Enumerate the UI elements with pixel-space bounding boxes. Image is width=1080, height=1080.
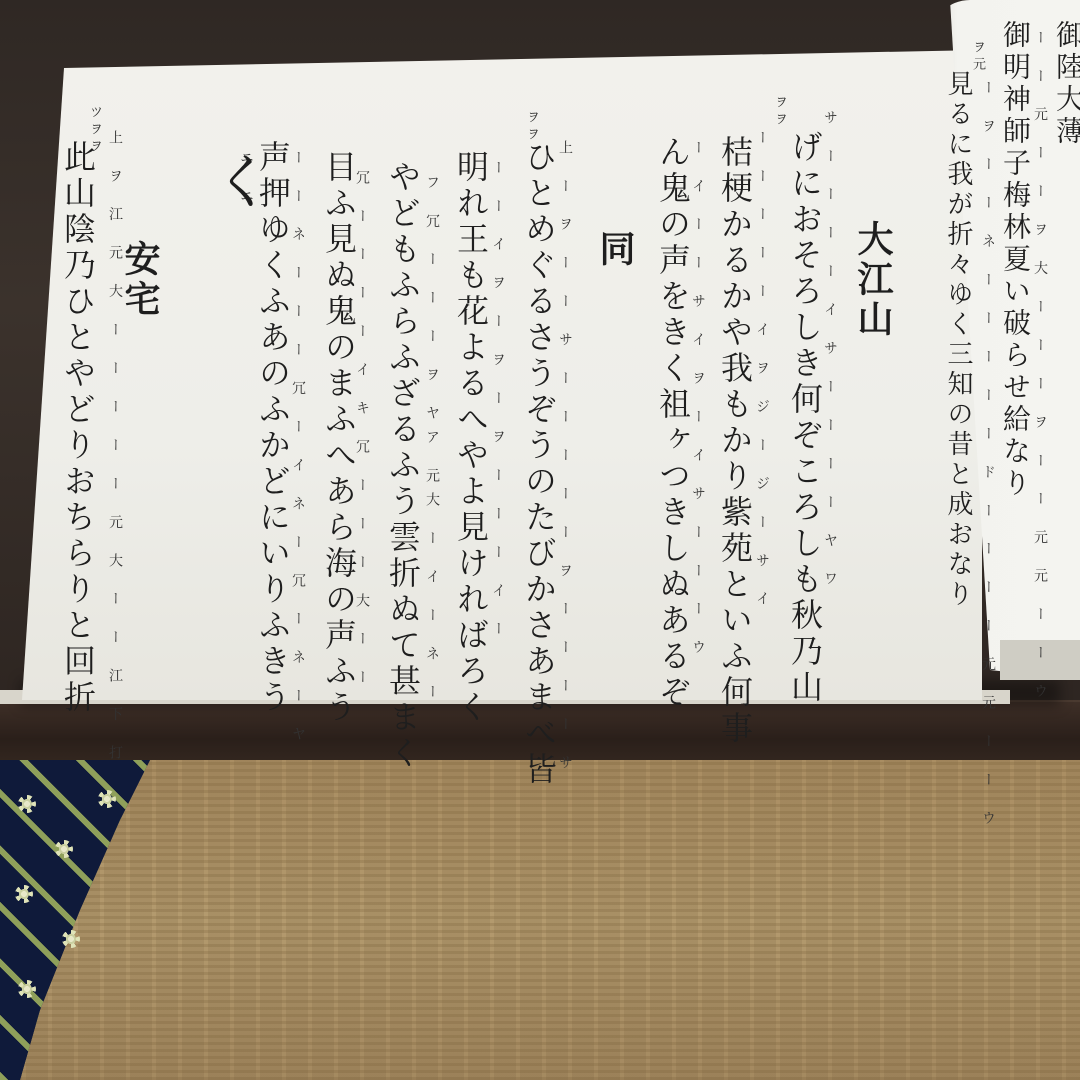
- lyric-column: 御陸大薄: [1048, 20, 1080, 148]
- lyric-column: ん鬼の声をきく祖ヶつきしぬあるぞ: [650, 135, 696, 711]
- lyric-column: 桔梗かるかや我もかり紫苑といふ何事: [712, 135, 758, 747]
- lyric-column: 目ふ見ぬ鬼のまふへあら海の声ふう: [316, 150, 362, 726]
- lyric-column: ひとめぐるさうぞうのたびかさあまべ皆: [516, 140, 562, 788]
- section-title-dou: 同: [590, 230, 641, 270]
- cushion-flower-icon: [18, 795, 36, 813]
- section-marker: ヲヲ: [522, 110, 541, 144]
- section-marker: ヲ元: [968, 40, 987, 74]
- section-title-oeyama: 大江山: [848, 220, 899, 340]
- cushion-flower-icon: [62, 930, 80, 948]
- lyric-column: 見るに我が折々ゆく三知の昔と成おなり: [940, 70, 977, 610]
- lyric-column: 此山陰乃ひとやどりおちらりと回折: [55, 140, 101, 716]
- chant-notes: 上 ヲ 江 元 大 ー ー ー ー ー 元 大 ー ー 江 下 打: [105, 130, 125, 769]
- cushion-flower-icon: [15, 885, 33, 903]
- lyric-column: 御明神師子梅林夏い破らせ給なり: [995, 20, 1035, 500]
- lyric-column: 明れ王も花よるへやよ見ければろく: [448, 150, 494, 726]
- section-marker: ヲヲ: [770, 95, 789, 129]
- lyric-column: やどもふらふざるふう雲折ぬて甚まく: [380, 160, 426, 772]
- lyric-column: く: [195, 150, 281, 214]
- cushion-flower-icon: [55, 840, 73, 858]
- cushion-flower-icon: [98, 790, 116, 808]
- lyric-column: げにおそろしき何ぞころしも秋乃山: [782, 130, 828, 706]
- chant-notes: ー ヲ ー ー ネ ー ー ー ー ー ド ー ー ー ー 元 元 ー ー ウ: [978, 80, 998, 835]
- photo-scene: 大江山 ヲヲ サ ー ー ー ー イ サ ー ー ー ー ヤ ワ げにおそろしき…: [0, 0, 1080, 1080]
- lyric-column: 声押ゆくふあのふかどにいりふきう: [250, 140, 296, 716]
- tatami-mat: [0, 760, 1080, 1080]
- cushion-flower-icon: [18, 980, 36, 998]
